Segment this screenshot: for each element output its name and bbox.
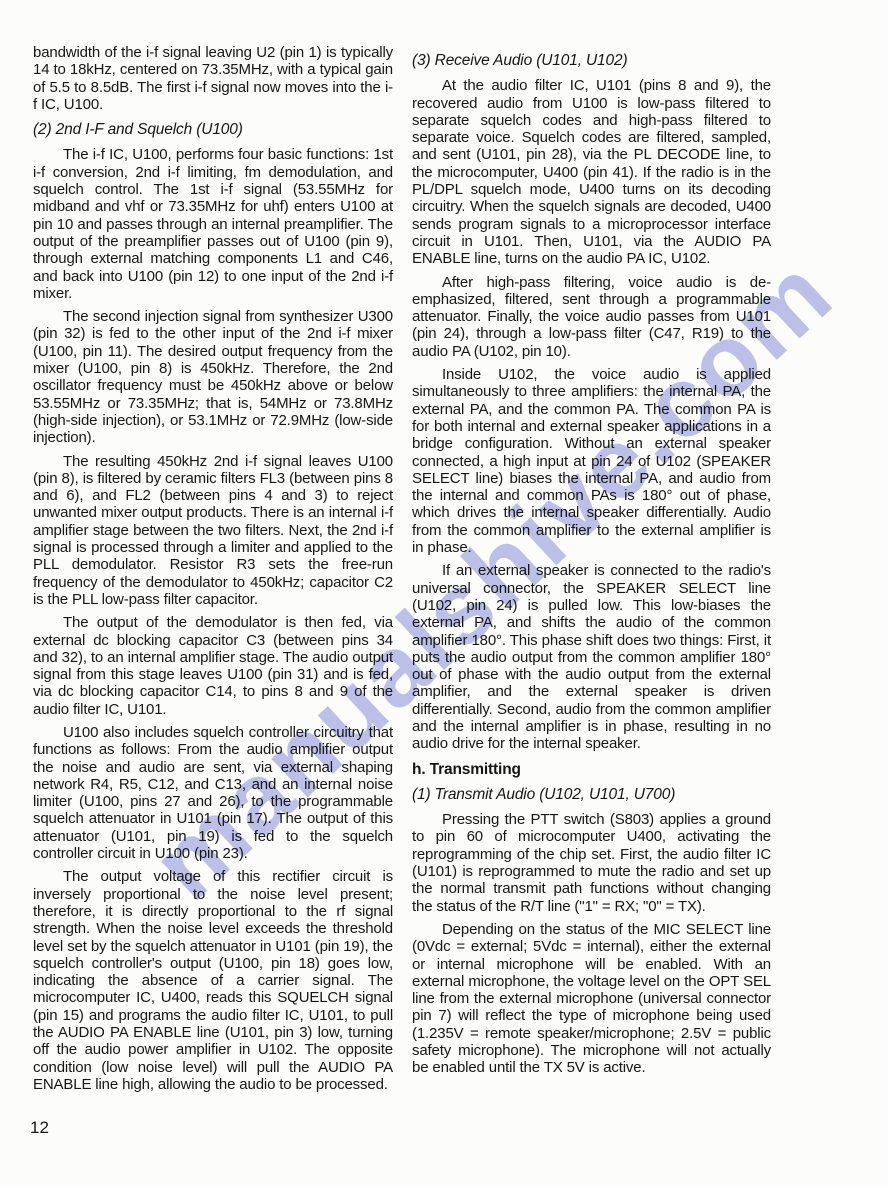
right-column: (3) Receive Audio (U101, U102) At the au… (412, 44, 771, 1083)
section-heading-receive-audio: (3) Receive Audio (U101, U102) (412, 52, 771, 69)
section-heading-2nd-if-and-squelch: (2) 2nd I-F and Squelch (U100) (33, 121, 393, 138)
paragraph-audio-filter-ic: At the audio filter IC, U101 (pins 8 and… (412, 77, 771, 267)
paragraph-mic-select: Depending on the status of the MIC SELEC… (412, 921, 771, 1077)
paragraph-external-speaker: If an external speaker is connected to t… (412, 562, 771, 752)
paragraph-demodulator-output: The output of the demodulator is then fe… (33, 614, 393, 718)
paragraph-rectifier-output-voltage: The output voltage of this rectifier cir… (33, 868, 393, 1093)
section-heading-transmit-audio: (1) Transmit Audio (U102, U101, U700) (412, 786, 771, 803)
paragraph-second-injection: The second injection signal from synthes… (33, 308, 393, 446)
paragraph-bandwidth-continuation: bandwidth of the i-f signal leaving U2 (… (33, 44, 393, 113)
paragraph-inside-u102: Inside U102, the voice audio is applied … (412, 366, 771, 556)
paragraph-high-pass-filtering: After high-pass filtering, voice audio i… (412, 274, 771, 360)
paragraph-if-ic-functions: The i-f IC, U100, performs four basic fu… (33, 146, 393, 302)
scanned-manual-page: manualshive.com bandwidth of the i-f sig… (0, 0, 888, 1185)
page-number: 12 (30, 1118, 49, 1138)
paragraph-squelch-controller: U100 also includes squelch controller ci… (33, 724, 393, 862)
section-heading-transmitting: h. Transmitting (412, 761, 771, 778)
paragraph-resulting-450khz: The resulting 450kHz 2nd i-f signal leav… (33, 453, 393, 609)
paragraph-ptt-switch: Pressing the PTT switch (S803) applies a… (412, 811, 771, 915)
left-column: bandwidth of the i-f signal leaving U2 (… (33, 44, 393, 1099)
